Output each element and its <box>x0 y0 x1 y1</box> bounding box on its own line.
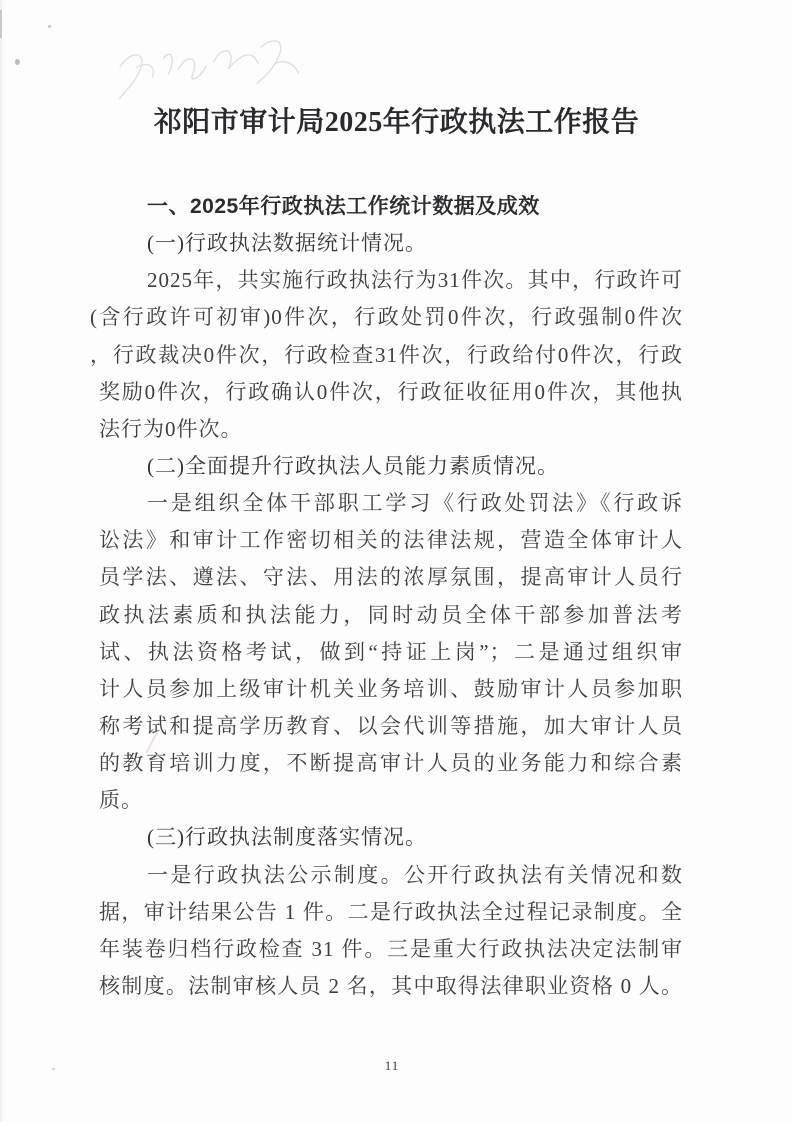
text-line: (一)行政执法数据统计情况。 <box>99 225 683 262</box>
text-line: 的教育培训力度，不断提高审计人员的业务能力和综合素 <box>99 745 683 782</box>
text-line: 试、执法资格考试，做到“持证上岗”；二是通过组织审 <box>99 634 683 671</box>
scan-edge-mark <box>0 10 2 38</box>
text-line: 计人员参加上级审计机关业务培训、鼓励审计人员参加职 <box>99 671 683 708</box>
text-line: 核制度。法制审核人员 2 名，其中取得法律职业资格 0 人。 <box>99 968 683 1005</box>
text-line: 法行为0件次。 <box>99 411 683 448</box>
text-line: (含行政许可初审)0件次，行政处罚0件次，行政强制0件次 <box>99 299 683 336</box>
text-line: 讼法》和审计工作密切相关的法律法规，营造全体审计人 <box>99 522 683 559</box>
scan-edge-line <box>0 0 2 1122</box>
text-line: (三)行政执法制度落实情况。 <box>99 819 683 856</box>
text-line: ，行政裁决0件次，行政检查31件次，行政给付0件次，行政 <box>99 337 683 374</box>
document-body: 一、2025年行政执法工作统计数据及成效(一)行政执法数据统计情况。2025年，… <box>99 188 683 1005</box>
text-line: 一是组织全体干部职工学习《行政处罚法》《行政诉 <box>99 485 683 522</box>
page-number: 11 <box>0 1058 784 1074</box>
text-line: 年装卷归档行政检查 31 件。三是重大行政执法决定法制审 <box>99 931 683 968</box>
text-line: 据，审计结果公告 1 件。二是行政执法全过程记录制度。全 <box>99 894 683 931</box>
scanned-page: 祁阳市审计局2025年行政执法工作报告 一、2025年行政执法工作统计数据及成效… <box>0 0 793 1122</box>
text-line: 一、2025年行政执法工作统计数据及成效 <box>99 188 683 225</box>
text-line: 员学法、遵法、守法、用法的浓厚氛围，提高审计人员行 <box>99 559 683 596</box>
text-line: 一是行政执法公示制度。公开行政执法有关情况和数 <box>99 857 683 894</box>
text-line: 质。 <box>99 782 683 819</box>
text-line: 奖励0件次，行政确认0件次，行政征收征用0件次，其他执 <box>99 374 683 411</box>
text-line: 称考试和提高学历教育、以会代训等措施，加大审计人员 <box>99 708 683 745</box>
text-line: 2025年，共实施行政执法行为31件次。其中，行政许可 <box>99 262 683 299</box>
document-title: 祁阳市审计局2025年行政执法工作报告 <box>0 103 793 143</box>
ink-speck <box>15 59 20 65</box>
handwriting-annotation <box>104 23 307 105</box>
dust-speck <box>48 25 51 28</box>
text-line: (二)全面提升行政执法人员能力素质情况。 <box>99 448 683 485</box>
text-line: 政执法素质和执法能力，同时动员全体干部参加普法考 <box>99 597 683 634</box>
